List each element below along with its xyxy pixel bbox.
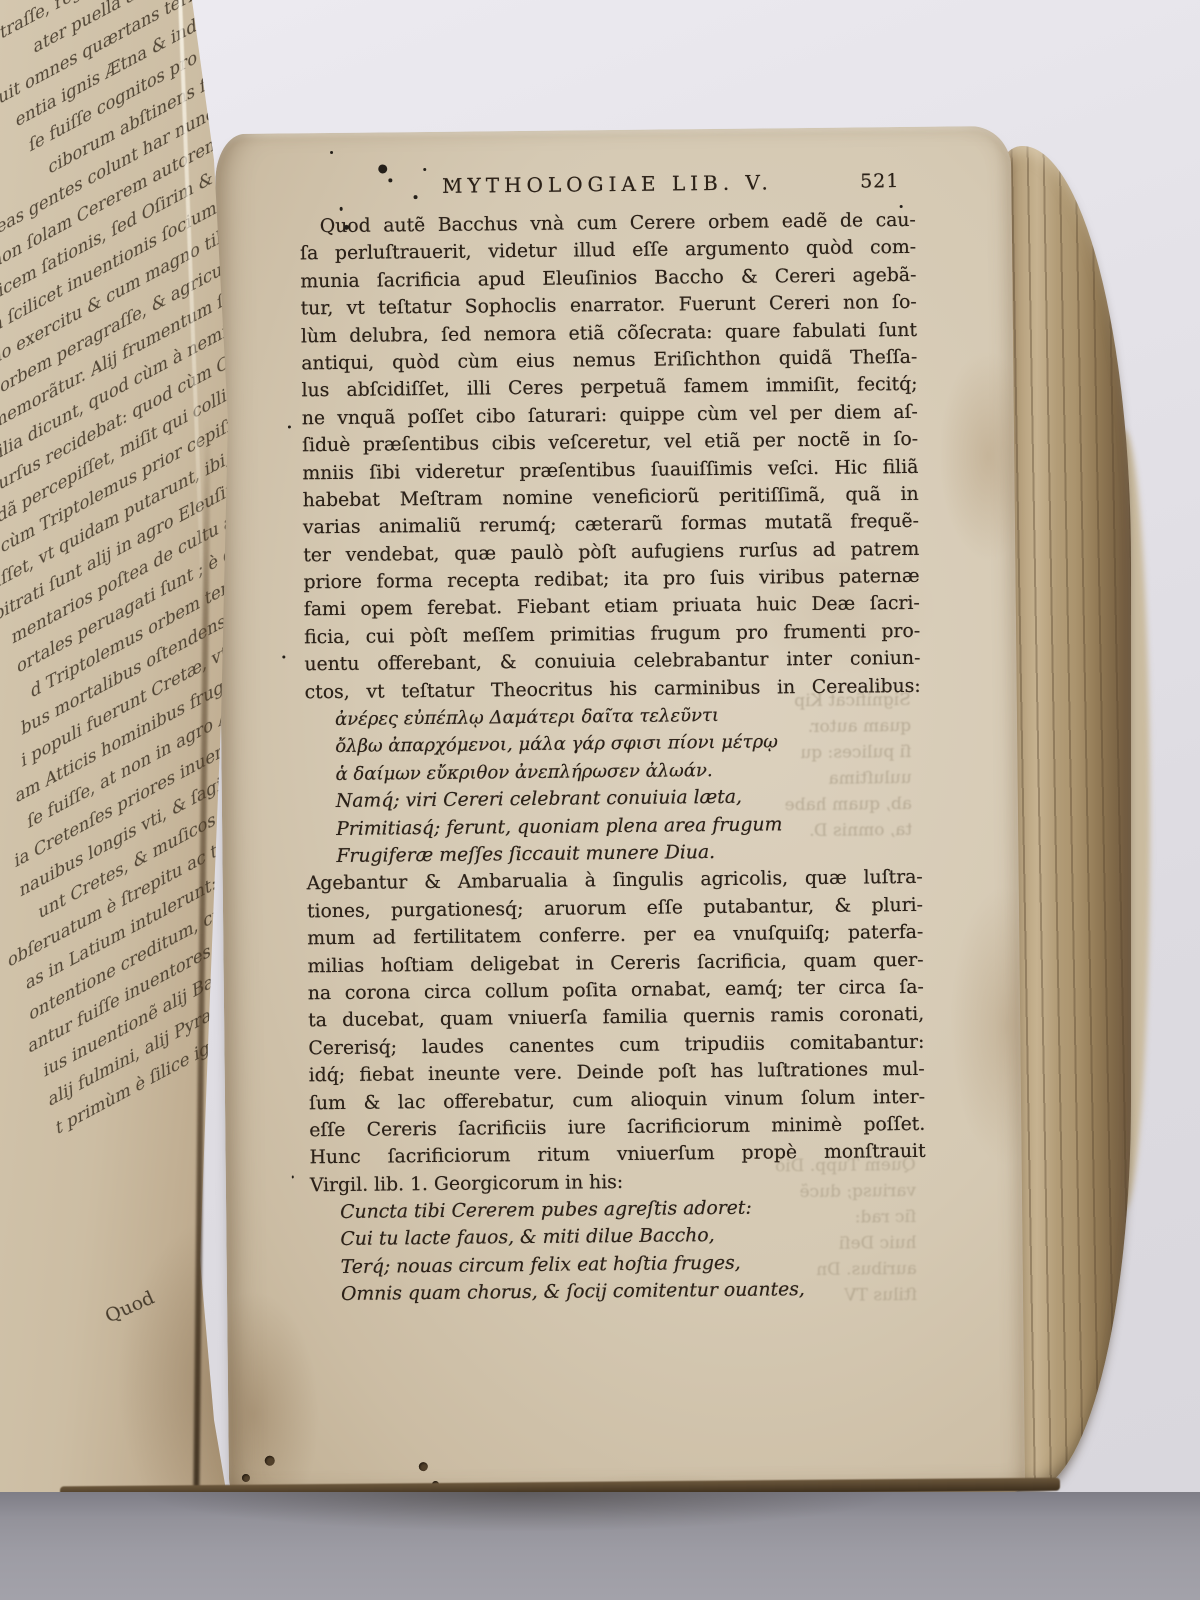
virgil-verse: Cuncta tibi Cererem pubes agreſtis adore… bbox=[310, 1193, 927, 1309]
paragraph-2: Agebantur & Ambarualia à ſingulis agrico… bbox=[307, 864, 926, 1172]
greek-verse: ἀνέρες εὐπέπλῳ Δαμάτερι δαῖτα τελεῦντιὄλ… bbox=[305, 700, 922, 789]
ink-spot bbox=[451, 180, 453, 183]
ink-spot bbox=[378, 164, 387, 173]
right-page: Significat Kipquam autor.ſi pulices: quu… bbox=[215, 126, 1025, 1500]
wormhole bbox=[265, 1456, 275, 1466]
table-surface bbox=[0, 1492, 1200, 1600]
page-number: 521 bbox=[860, 170, 899, 192]
ink-spot bbox=[423, 168, 426, 171]
ink-spot bbox=[282, 655, 285, 658]
wormhole bbox=[242, 1474, 250, 1482]
book-photo: Significat Kipquam autor.ſi pulices: quu… bbox=[0, 0, 1200, 1600]
page-header-row: MYTHOLOGIAE LIB. V. 521 bbox=[299, 169, 915, 213]
ink-spot bbox=[292, 1175, 294, 1178]
ink-spot bbox=[388, 178, 392, 182]
ink-spot bbox=[288, 425, 291, 428]
wormhole bbox=[419, 1462, 428, 1471]
running-head: MYTHOLOGIAE LIB. V. bbox=[442, 170, 773, 197]
ink-spot bbox=[330, 151, 333, 154]
ink-spot bbox=[414, 195, 418, 199]
ink-spot bbox=[344, 225, 349, 230]
ink-spot bbox=[900, 205, 903, 208]
paragraph-1: Quod autẽ Bacchus vnà cum Cerere orbem e… bbox=[300, 207, 921, 706]
catchword: Quod bbox=[102, 1286, 158, 1327]
text-column: MYTHOLOGIAE LIB. V. 521 Quod autẽ Bacchu… bbox=[299, 169, 927, 1309]
ink-spot bbox=[340, 207, 343, 211]
theocritus-translation-verse: Namq́; viri Cereri celebrant conuiuia læ… bbox=[306, 782, 923, 871]
